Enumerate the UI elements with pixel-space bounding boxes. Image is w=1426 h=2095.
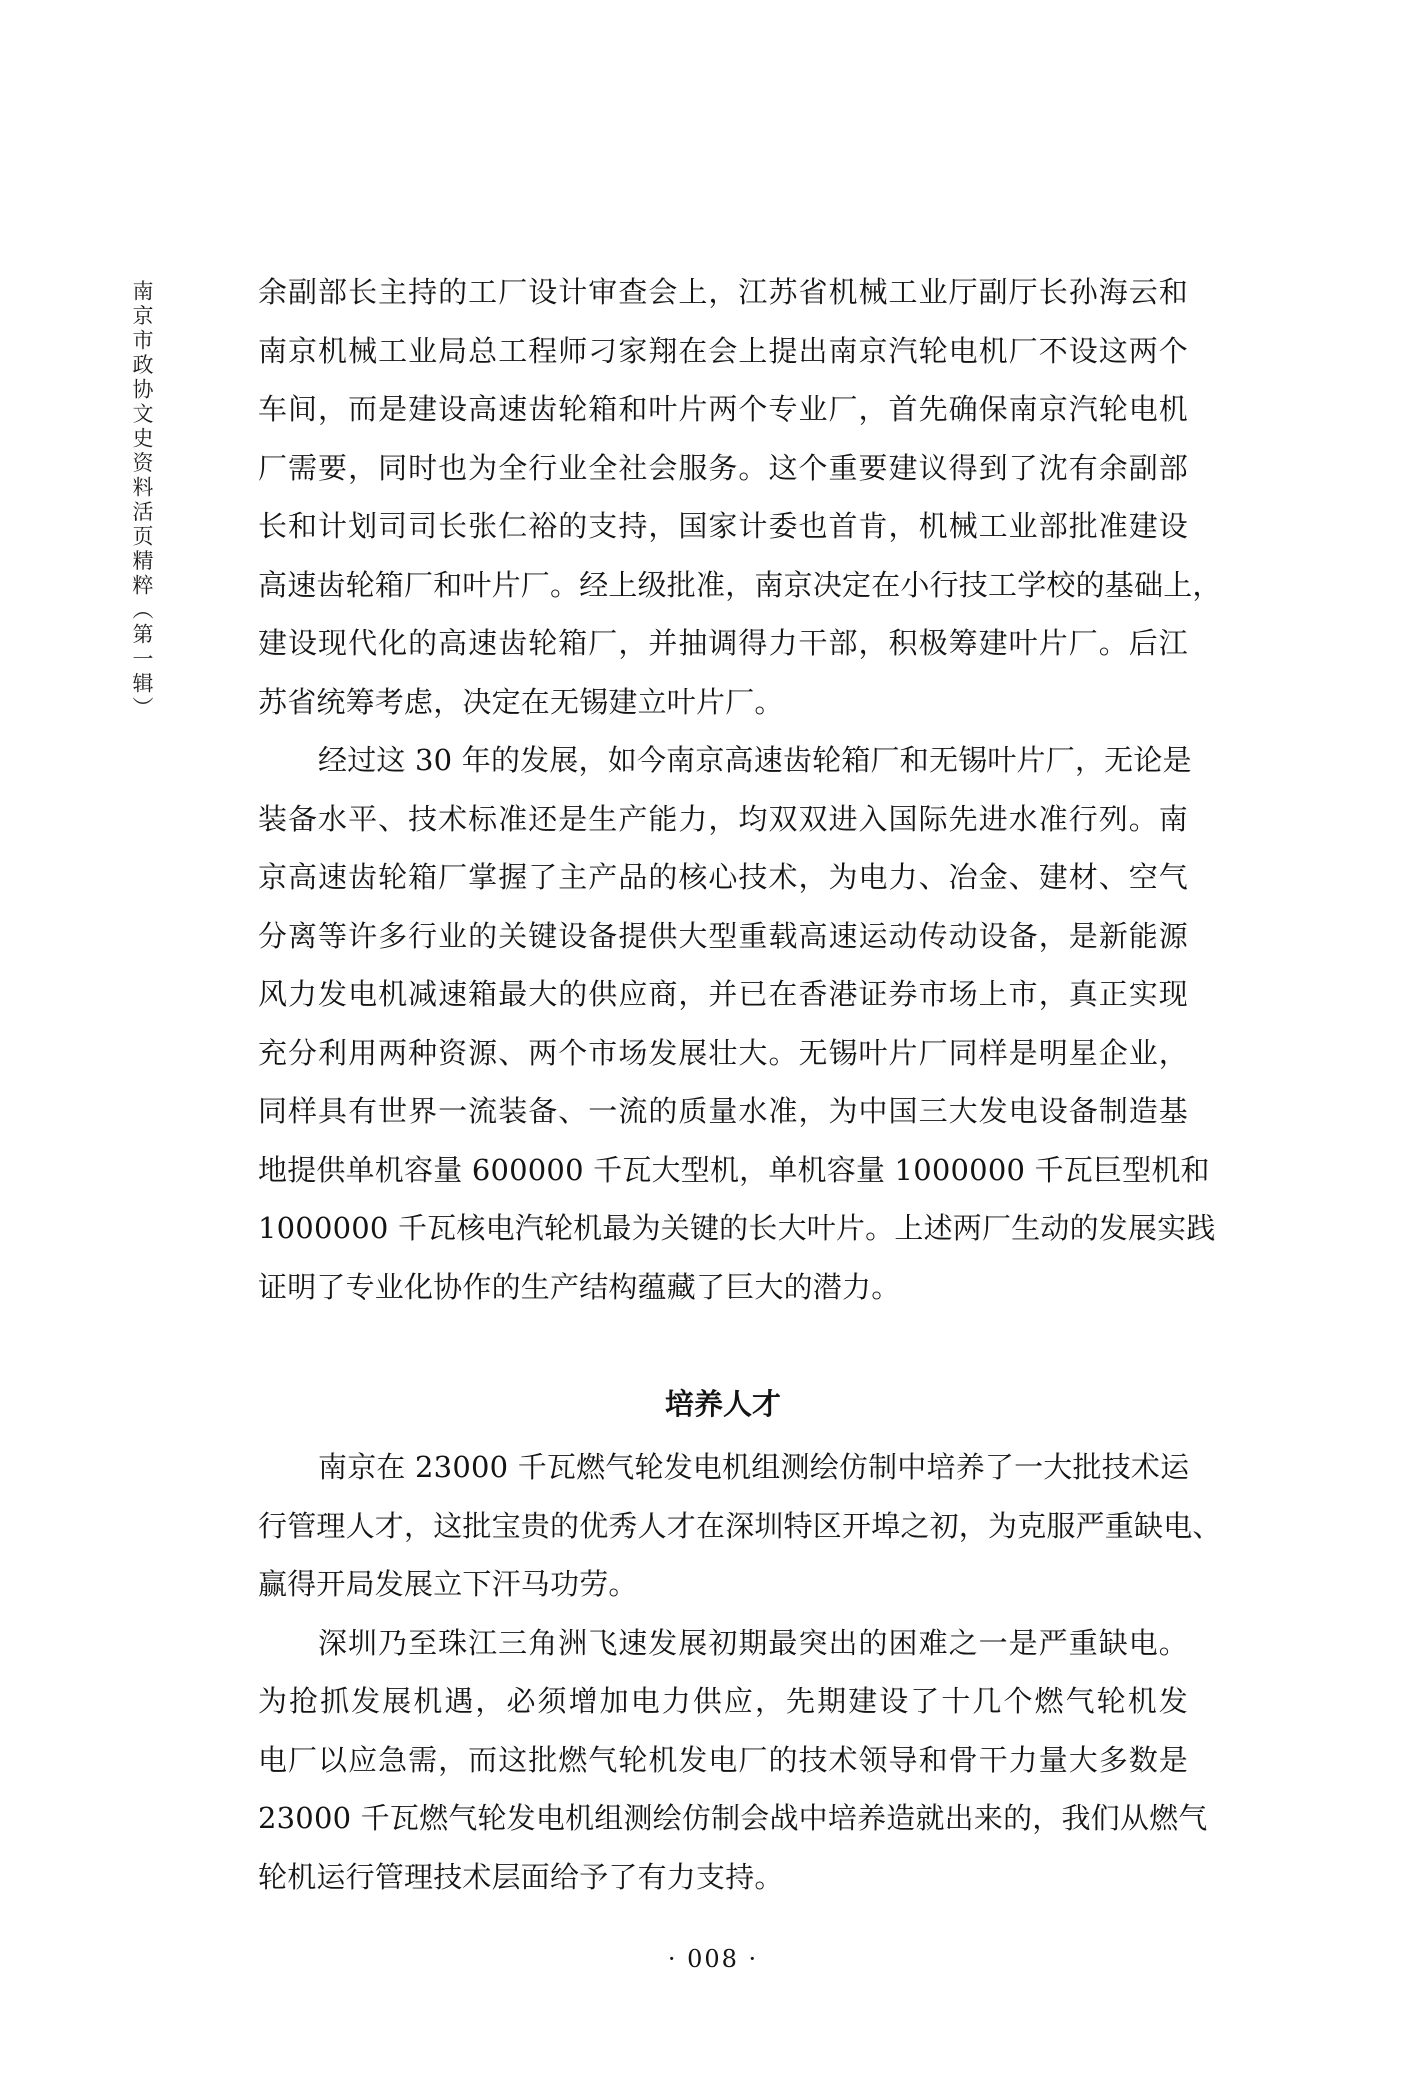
text-line: 苏省统筹考虑，决定在无锡建立叶片厂。	[258, 673, 1188, 732]
running-header-vertical: 南京市政协文史资料活页精粹（第一辑）	[128, 280, 156, 721]
book-title: 南京市政协文史资料活页精粹	[130, 280, 154, 599]
text-line: 装备水平、技术标准还是生产能力，均双双进入国际先进水准行列。南	[258, 790, 1188, 849]
paragraph: 深圳乃至珠江三角洲飞速发展初期最突出的困难之一是严重缺电。 为抢抓发展机遇，必须…	[258, 1614, 1188, 1907]
text-line: 南京在 23000 千瓦燃气轮发电机组测绘仿制中培养了一大批技术运	[258, 1438, 1188, 1497]
text-line: 23000 千瓦燃气轮发电机组测绘仿制会战中培养造就出来的，我们从燃气	[258, 1789, 1188, 1848]
paragraph: 余副部长主持的工厂设计审查会上，江苏省机械工业厅副厅长孙海云和 南京机械工业局总…	[258, 263, 1188, 731]
paragraph: 经过这 30 年的发展，如今南京高速齿轮箱厂和无锡叶片厂，无论是 装备水平、技术…	[258, 731, 1188, 1316]
text-line: 赢得开局发展立下汗马功劳。	[258, 1555, 1188, 1614]
text-line: 长和计划司司长张仁裕的支持，国家计委也首肯，机械工业部批准建设	[258, 497, 1188, 556]
text-line: 高速齿轮箱厂和叶片厂。经上级批准，南京决定在小行技工学校的基础上，	[258, 556, 1188, 615]
text-line: 电厂以应急需，而这批燃气轮机发电厂的技术领导和骨干力量大多数是	[258, 1731, 1188, 1790]
text-line: 深圳乃至珠江三角洲飞速发展初期最突出的困难之一是严重缺电。	[258, 1614, 1188, 1673]
text-line: 地提供单机容量 600000 千瓦大型机，单机容量 1000000 千瓦巨型机和	[258, 1141, 1188, 1200]
text-line: 证明了专业化协作的生产结构蕴藏了巨大的潜力。	[258, 1258, 1188, 1317]
text-line: 京高速齿轮箱厂掌握了主产品的核心技术，为电力、冶金、建材、空气	[258, 848, 1188, 907]
paragraph: 南京在 23000 千瓦燃气轮发电机组测绘仿制中培养了一大批技术运 行管理人才，…	[258, 1438, 1188, 1614]
text-line: 南京机械工业局总工程师刁家翔在会上提出南京汽轮电机厂不设这两个	[258, 322, 1188, 381]
text-line: 充分利用两种资源、两个市场发展壮大。无锡叶片厂同样是明星企业，	[258, 1024, 1188, 1083]
text-line: 为抢抓发展机遇，必须增加电力供应，先期建设了十几个燃气轮机发	[258, 1672, 1188, 1731]
text-line: 车间，而是建设高速齿轮箱和叶片两个专业厂，首先确保南京汽轮电机	[258, 380, 1188, 439]
section-heading: 培养人才	[258, 1382, 1188, 1426]
text-line: 行管理人才，这批宝贵的优秀人才在深圳特区开埠之初，为克服严重缺电、	[258, 1497, 1188, 1556]
section-1-body: 余副部长主持的工厂设计审查会上，江苏省机械工业厅副厅长孙海云和 南京机械工业局总…	[258, 263, 1188, 1316]
volume-label: （第一辑）	[130, 599, 154, 722]
text-line: 同样具有世界一流装备、一流的质量水准，为中国三大发电设备制造基	[258, 1082, 1188, 1141]
text-line: 风力发电机减速箱最大的供应商，并已在香港证券市场上市，真正实现	[258, 965, 1188, 1024]
text-line: 余副部长主持的工厂设计审查会上，江苏省机械工业厅副厅长孙海云和	[258, 263, 1188, 322]
page-number: · 008 ·	[0, 1944, 1426, 1974]
text-line: 分离等许多行业的关键设备提供大型重载高速运动传动设备，是新能源	[258, 907, 1188, 966]
text-line: 建设现代化的高速齿轮箱厂，并抽调得力干部，积极筹建叶片厂。后江	[258, 614, 1188, 673]
text-line: 1000000 千瓦核电汽轮机最为关键的长大叶片。上述两厂生动的发展实践	[258, 1199, 1188, 1258]
text-line: 轮机运行管理技术层面给予了有力支持。	[258, 1848, 1188, 1907]
section-2-body: 南京在 23000 千瓦燃气轮发电机组测绘仿制中培养了一大批技术运 行管理人才，…	[258, 1438, 1188, 1906]
text-line: 经过这 30 年的发展，如今南京高速齿轮箱厂和无锡叶片厂，无论是	[258, 731, 1188, 790]
text-line: 厂需要，同时也为全行业全社会服务。这个重要建议得到了沈有余副部	[258, 439, 1188, 498]
